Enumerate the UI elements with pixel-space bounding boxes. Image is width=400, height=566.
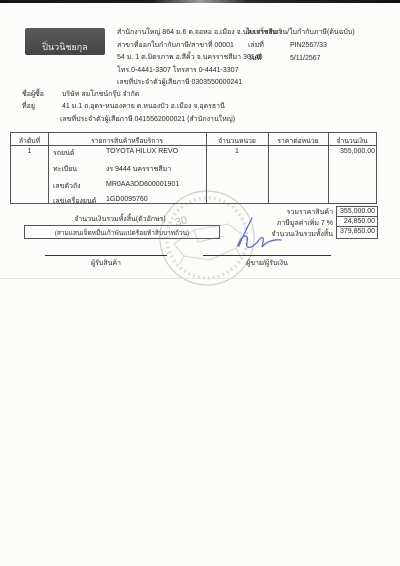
receiver-signature-label: ผู้รับสินค้า [45,258,167,269]
book-no-row: เล่มที่ PIN2567/33 [248,41,327,50]
buyer-name-row: ชื่อผู้ซื้อ บริษัท สมโภชน์กรุ๊ป จำกัด [22,89,352,101]
subtotal-label: รวมราคาสินค้า [233,207,333,218]
col-header-description: รายการสินค้าหรือบริการ [48,135,206,146]
items-table: ลำดับที่ รายการสินค้าหรือบริการ จำนวนหน่… [10,132,377,204]
date-value: 5/11/2567 [290,55,321,62]
detail-value: MR0AA3DD600001901 [106,181,179,188]
seller-signature-label: ผู้ขาย/ผู้รับเงิน [203,258,331,269]
col-header-amount: จำนวนเงิน [328,135,376,146]
col-header-unit-price: ราคาต่อหน่วย [268,135,328,146]
item-row-no: 1 [11,148,48,155]
detail-label: เลขเครื่องยนต์ [53,196,96,207]
scan-fold-line [0,278,400,279]
buyer-name-label: ชื่อผู้ซื้อ [22,89,60,101]
company-logo-text: ปิ่นวนิชยกุล [42,40,87,54]
buyer-address: 41 ม.1 ถ.อุดร-หนองคาย ต.หนองบัว อ.เมือง … [62,103,225,110]
receiver-signature-line [45,255,167,256]
date-row: วันที่ 5/11/2567 [248,54,321,63]
item-type-label: รถยนต์ [53,148,74,159]
detail-value: งร 9444 นครราชสีมา [106,164,171,175]
company-logo: ปิ่นวนิชยกุล [25,28,105,55]
col-header-qty: จำนวนหน่วย [206,135,268,146]
issuer-phone: โทร.0-4441-3307 โทรสาร 0-4441-3307 [117,65,332,78]
amount-in-words-label: จำนวนเงินรวมทั้งสิ้น(ตัวอักษร) [40,214,200,225]
book-no-label: เล่มที่ [248,41,288,50]
item-name: TOYOTA HILUX REVO [106,148,178,155]
buyer-name: บริษัท สมโภชน์กรุ๊ป จำกัด [62,91,139,98]
detail-label: ทะเบียน [53,164,77,175]
scan-edge-bar [0,0,400,3]
grand-total-label: จำนวนเงินรวมทั้งสิ้น [233,229,333,240]
seller-signature-line [203,255,331,256]
buyer-tax-id: เลขที่ประจำตัวผู้เสียภาษี 0415562000021 … [60,116,235,123]
document-title: ใบเสร็จรับเงิน/ใบกำกับภาษี(ต้นฉบับ) [246,28,355,37]
detail-label: เลขตัวถัง [53,181,81,192]
book-no-value: PIN2567/33 [290,42,327,49]
buyer-address-label: ที่อยู่ [22,101,60,113]
amount-in-words-value: (สามแสนเจ็ดหมื่นเก้าพันแปดร้อยห้าสิบบาทถ… [24,225,220,239]
buyer-address-row: ที่อยู่ 41 ม.1 ถ.อุดร-หนองคาย ต.หนองบัว … [22,101,352,113]
grand-total-value: 379,850.00 [336,226,378,239]
vat-label: ภาษีมูลค่าเพิ่ม 7 % [233,218,333,229]
col-header-no: ลำดับที่ [11,135,48,146]
receipt-tax-invoice-scan: ปิ่นวนิชยกุล สำนักงานใหญ่ 864 ม.6 ต.จอหอ… [0,0,400,566]
item-qty: 1 [206,148,268,155]
buyer-block: ชื่อผู้ซื้อ บริษัท สมโภชน์กรุ๊ป จำกัด ที… [22,89,352,126]
item-amount: 355,000.00 [328,148,375,155]
detail-value: 1GD0095760 [106,196,148,203]
buyer-tax-id-row: เลขที่ประจำตัวผู้เสียภาษี 0415562000021 … [22,114,352,126]
date-label: วันที่ [248,54,288,63]
